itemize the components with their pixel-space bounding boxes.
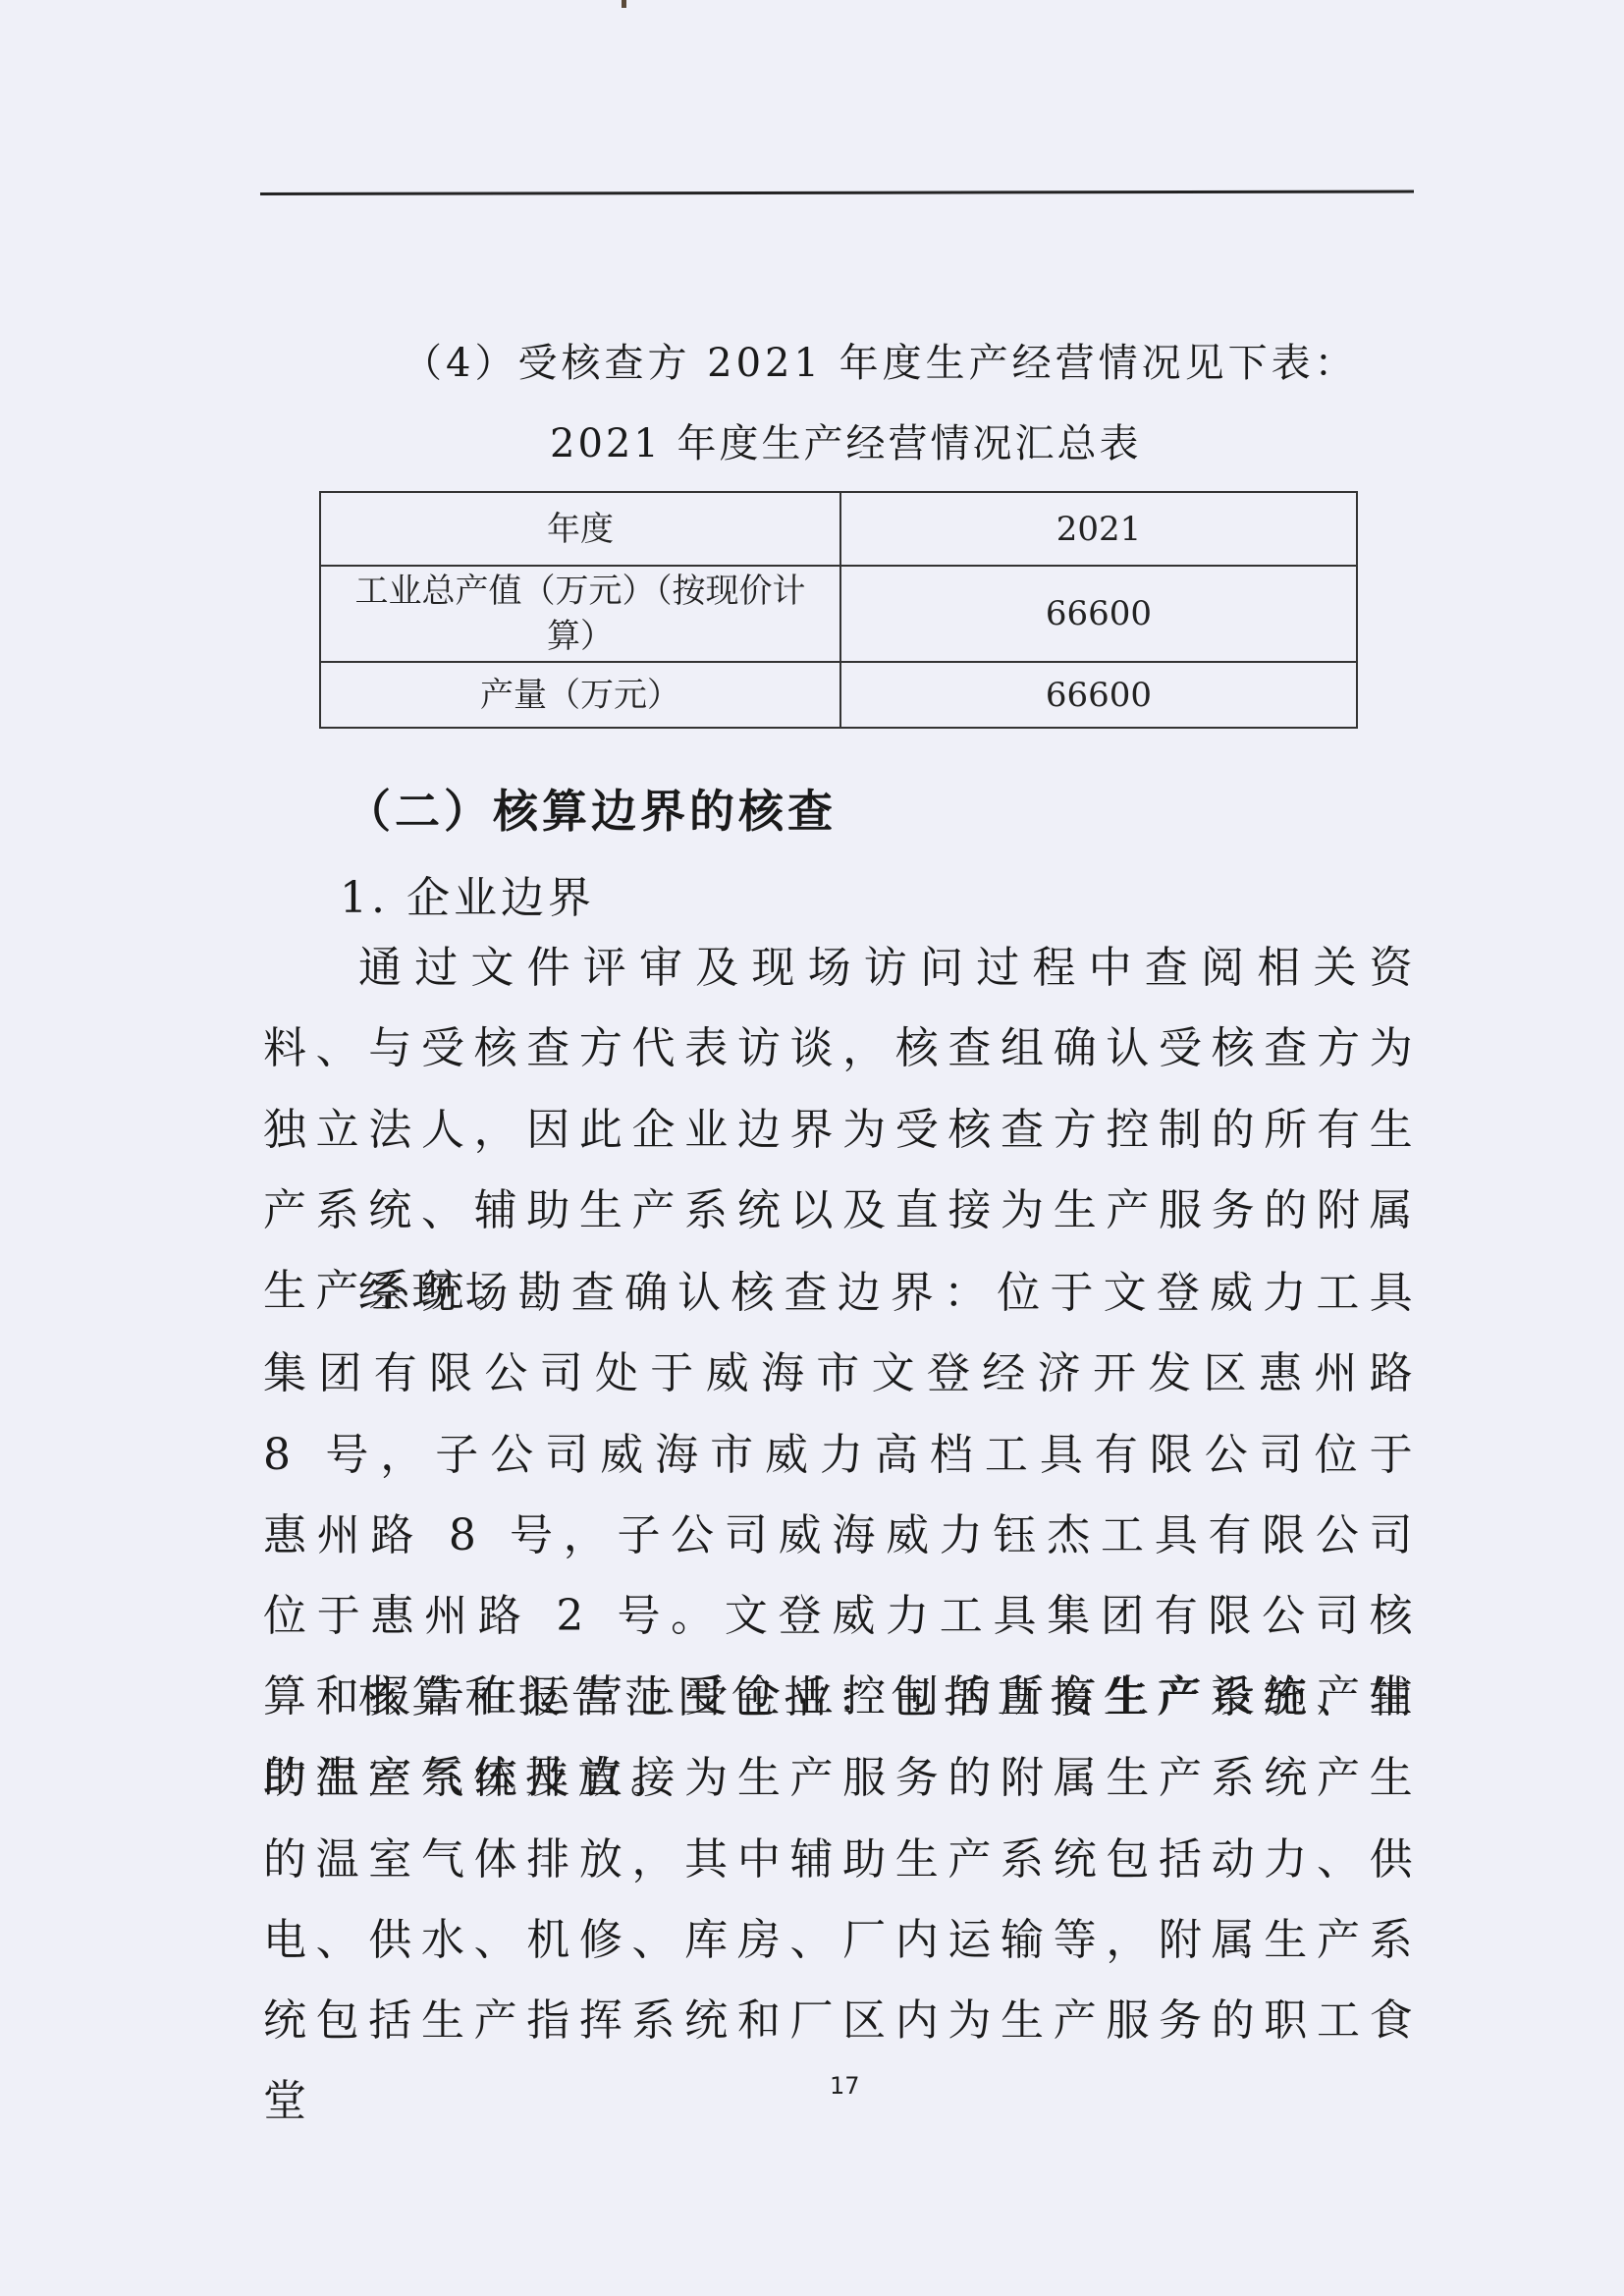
table-caption: 2021 年度生产经营情况汇总表 (550, 412, 1142, 468)
intro-line: （4）受核查方 2021 年度生产经营情况见下表： (403, 332, 1358, 388)
table-cell-value: 66600 (840, 566, 1357, 662)
table-row: 产量（万元） 66600 (320, 662, 1357, 728)
header-rule (260, 191, 1414, 195)
table-cell-label: 产量（万元） (320, 662, 840, 728)
table-cell-label: 工业总产值（万元）（按现价计算） (320, 566, 840, 662)
subsection-heading: 1. 企业边界 (340, 862, 595, 925)
table-row: 年度 2021 (320, 492, 1357, 566)
table-row: 工业总产值（万元）（按现价计算） 66600 (320, 566, 1357, 662)
page-number: 17 (830, 2072, 860, 2100)
scan-artifact (622, 0, 626, 8)
table-cell-value: 2021 (840, 492, 1357, 566)
table-cell-label: 年度 (320, 492, 840, 566)
production-summary-table: 年度 2021 工业总产值（万元）（按现价计算） 66600 产量（万元） 66… (319, 491, 1358, 729)
paragraph-reporting-scope: 核算和报告范围包括：包括直接生产系统、辅助生产系统及直接为生产服务的附属生产系统… (263, 1658, 1422, 2143)
section-heading: （二）核算边界的核查 (346, 776, 837, 841)
table-cell-value: 66600 (840, 662, 1357, 728)
